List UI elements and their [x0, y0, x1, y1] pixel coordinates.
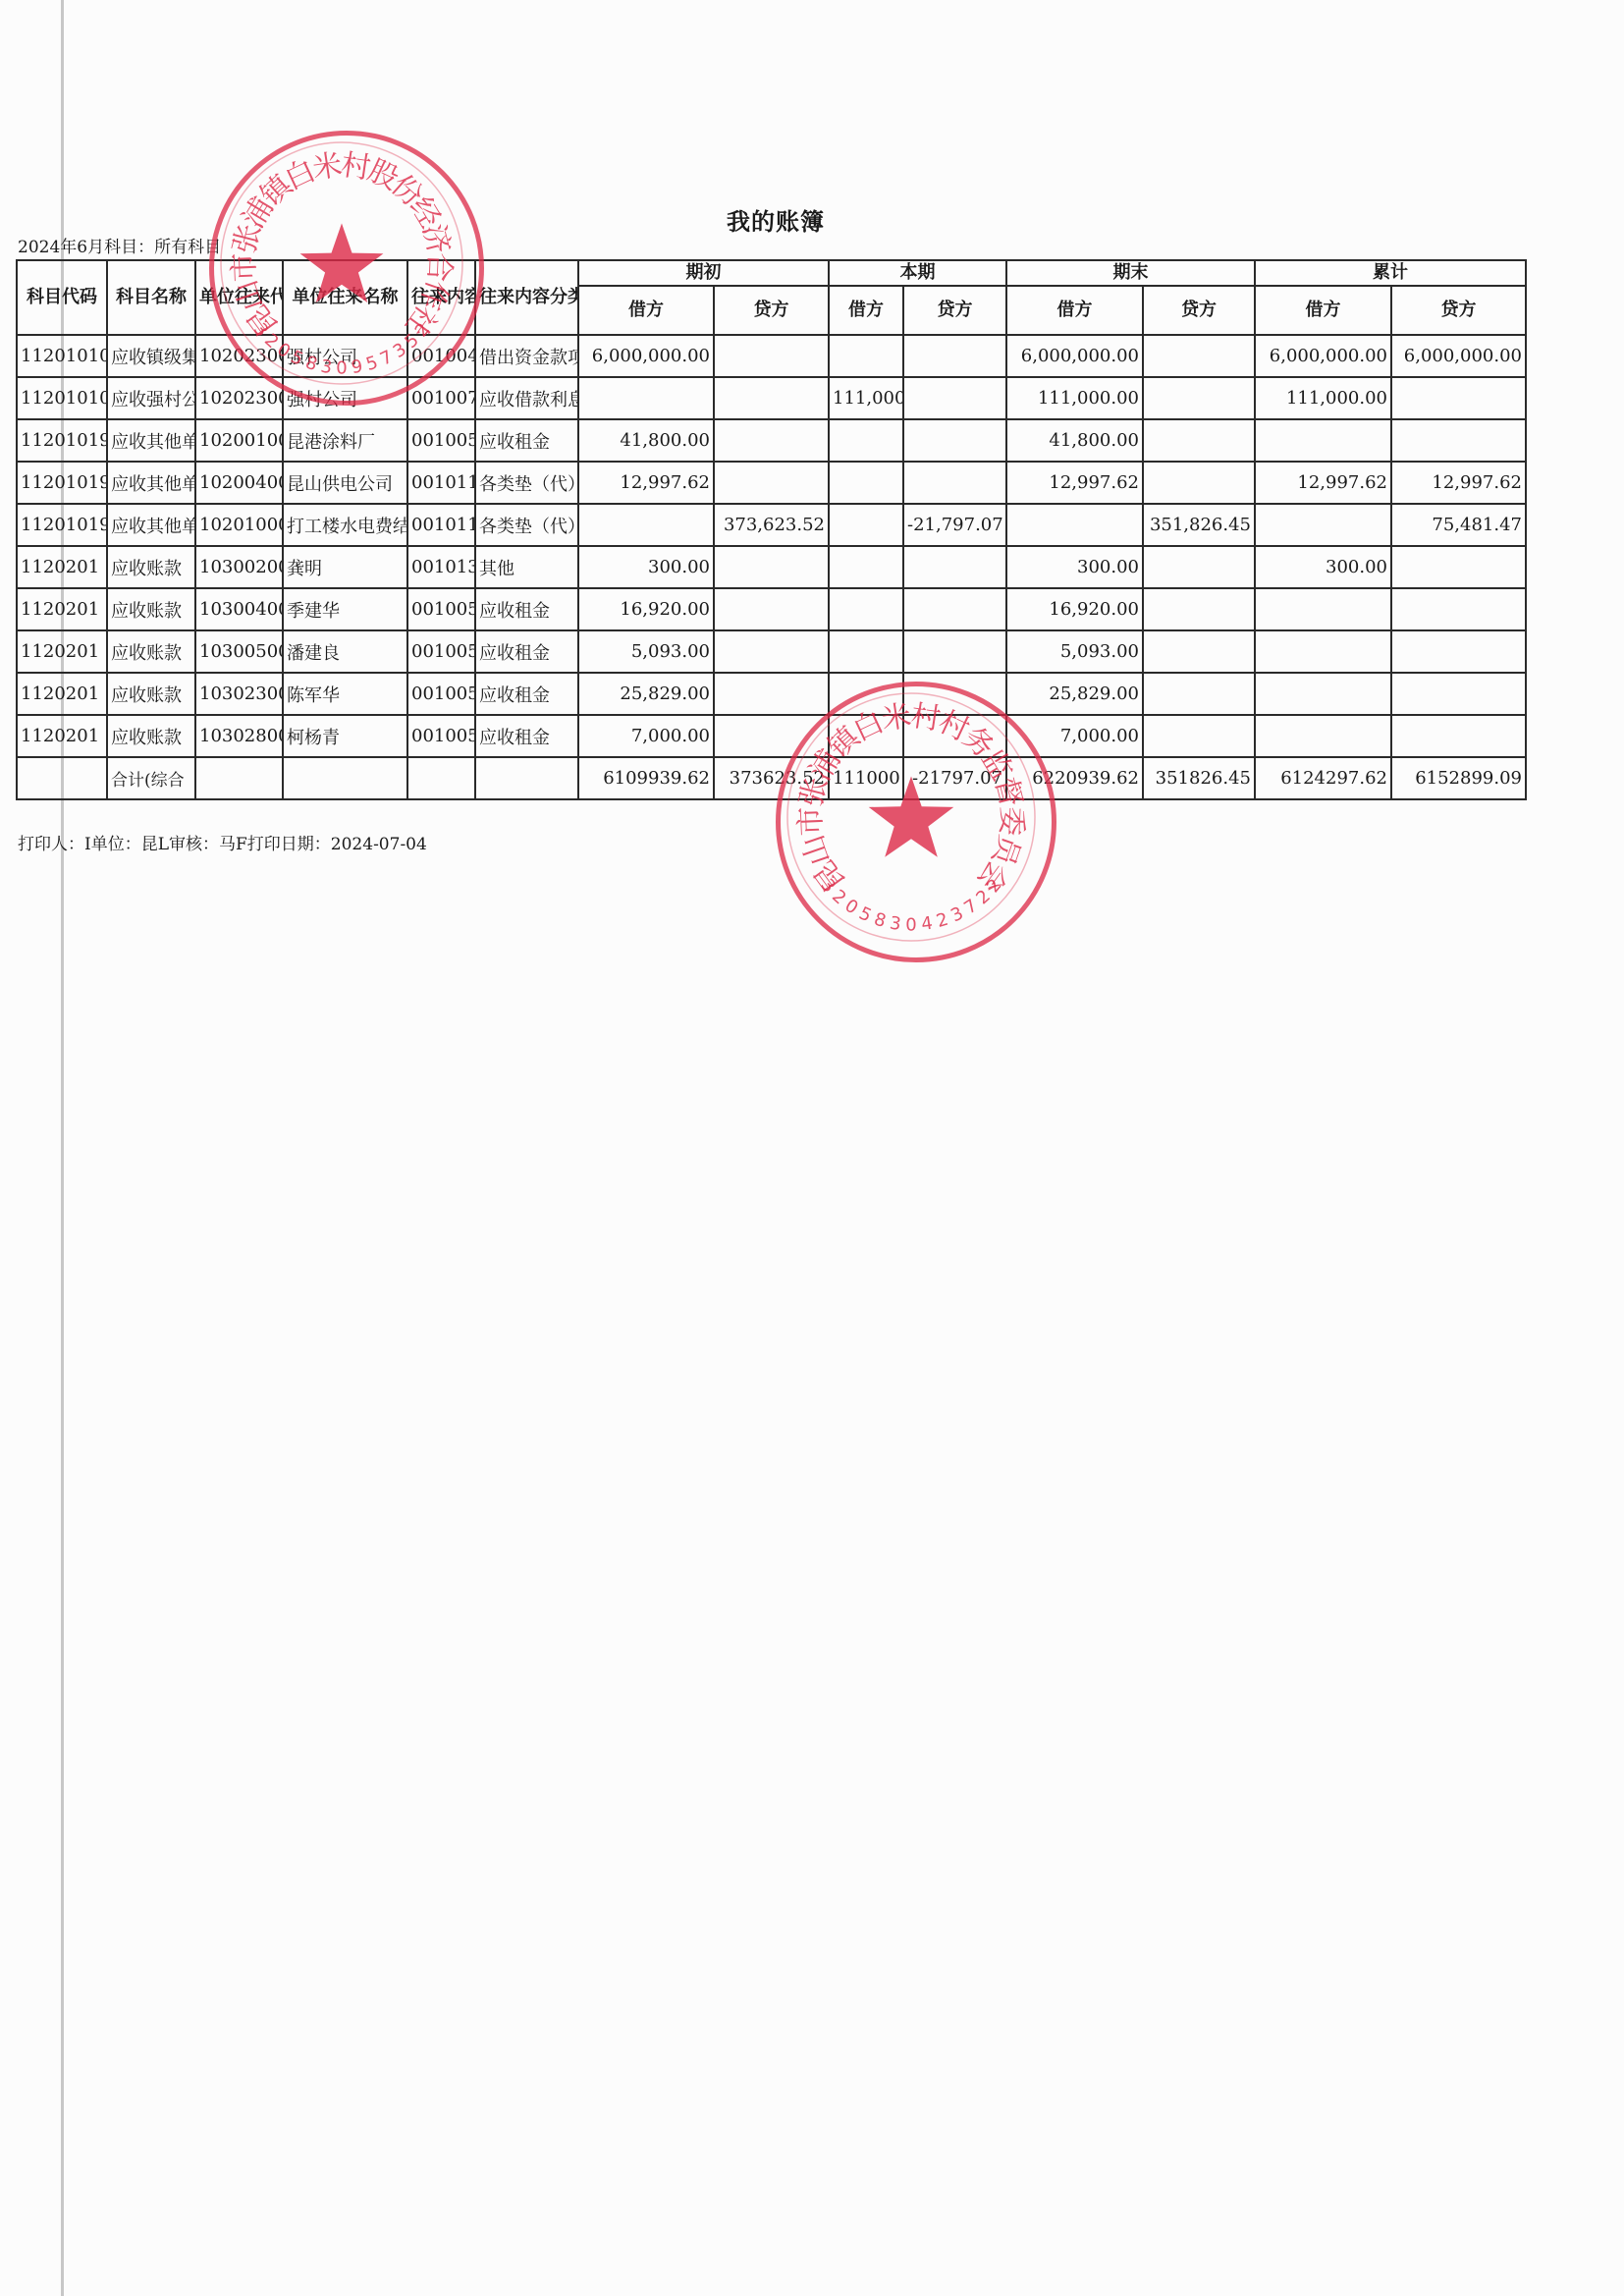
open-debit-cell — [578, 504, 714, 546]
open-credit-cell — [714, 462, 829, 504]
content-code-cell: 001005 — [407, 588, 475, 630]
header-credit: 贷方 — [903, 286, 1006, 335]
svg-text:山: 山 — [795, 831, 838, 870]
cur-credit-cell — [903, 546, 1006, 588]
content-code-cell: 001004 — [407, 335, 475, 377]
unit-code-cell: 102023001 — [195, 335, 283, 377]
svg-text:昆: 昆 — [808, 854, 853, 899]
end-credit-cell — [1143, 546, 1255, 588]
svg-text:2: 2 — [972, 886, 995, 908]
cur-credit-cell — [903, 673, 1006, 715]
table-row: 1120201应收账款103023000陈军华001005应收租金25,829.… — [17, 673, 1526, 715]
header-content-name: 往来内容分类名称 — [475, 260, 578, 335]
header-group-current: 本期 — [829, 260, 1006, 286]
total-cur-credit: -21797.07 — [903, 757, 1006, 799]
end-debit-cell: 41,800.00 — [1006, 419, 1143, 462]
svg-text:市: 市 — [793, 806, 829, 837]
subject-code-cell: 112010199 — [17, 504, 107, 546]
header-credit: 贷方 — [714, 286, 829, 335]
content-name-cell: 各类垫（代）付款 — [475, 504, 578, 546]
cum-debit-cell — [1255, 630, 1391, 673]
unit-code-cell: 102001000 — [195, 419, 283, 462]
table-row: 112010199应收其他单位102004000昆山供电公司001011各类垫（… — [17, 462, 1526, 504]
subject-name-cell: 应收账款 — [107, 546, 195, 588]
unit-code-cell: 103028000 — [195, 715, 283, 757]
svg-text:5: 5 — [856, 903, 875, 927]
header-group-cumulative: 累计 — [1255, 260, 1526, 286]
open-credit-cell — [714, 419, 829, 462]
subject-name-cell: 应收镇级集体经济组织 — [107, 335, 195, 377]
cur-credit-cell — [903, 462, 1006, 504]
total-cur-debit: 111000 — [829, 757, 903, 799]
empty-cell — [475, 757, 578, 799]
total-open-debit: 6109939.62 — [578, 757, 714, 799]
cur-debit-cell — [829, 715, 903, 757]
cum-credit-cell — [1391, 630, 1526, 673]
unit-code-cell: 103004000 — [195, 588, 283, 630]
end-debit-cell: 6,000,000.00 — [1006, 335, 1143, 377]
unit-code-cell: 103023000 — [195, 673, 283, 715]
header-subject-name: 科目名称 — [107, 260, 195, 335]
svg-text:2: 2 — [934, 909, 950, 932]
table-row: 112010104应收强村公司102023001强村公司001007应收借款利息… — [17, 377, 1526, 419]
open-debit-cell — [578, 377, 714, 419]
print-footer: 打印人：I单位：昆L审核：马F打印日期：2024-07-04 — [18, 830, 427, 854]
unit-name-cell: 打工楼水电费结算户 — [283, 504, 407, 546]
content-code-cell: 001005 — [407, 630, 475, 673]
total-row: 合计(综合6109939.62373623.52111000-21797.076… — [17, 757, 1526, 799]
cur-debit-cell — [829, 419, 903, 462]
content-name-cell: 应收借款利息 — [475, 377, 578, 419]
content-code-cell: 001011 — [407, 462, 475, 504]
content-name-cell: 应收租金 — [475, 673, 578, 715]
cur-credit-cell — [903, 588, 1006, 630]
unit-name-cell: 柯杨青 — [283, 715, 407, 757]
empty-cell — [195, 757, 283, 799]
subject-code-cell: 1120201 — [17, 546, 107, 588]
header-debit: 借方 — [1006, 286, 1143, 335]
unit-name-cell: 强村公司 — [283, 335, 407, 377]
svg-text:0: 0 — [905, 915, 916, 936]
content-code-cell: 001013 — [407, 546, 475, 588]
cum-debit-cell: 6,000,000.00 — [1255, 335, 1391, 377]
end-credit-cell — [1143, 673, 1255, 715]
subject-code-cell: 1120201 — [17, 630, 107, 673]
end-debit-cell: 111,000.00 — [1006, 377, 1143, 419]
svg-text:3: 3 — [889, 913, 902, 935]
end-debit-cell — [1006, 504, 1143, 546]
open-credit-cell — [714, 335, 829, 377]
svg-text:3: 3 — [816, 875, 839, 897]
cur-debit-cell — [829, 630, 903, 673]
end-credit-cell — [1143, 335, 1255, 377]
cur-debit-cell — [829, 335, 903, 377]
end-debit-cell: 300.00 — [1006, 546, 1143, 588]
end-debit-cell: 12,997.62 — [1006, 462, 1143, 504]
subject-code-cell: 1120201 — [17, 588, 107, 630]
table-row: 112010199应收其他单位102010000打工楼水电费结算户001011各… — [17, 504, 1526, 546]
cum-debit-cell — [1255, 588, 1391, 630]
unit-code-cell: 102023001 — [195, 377, 283, 419]
unit-code-cell: 102010000 — [195, 504, 283, 546]
content-code-cell: 001011 — [407, 504, 475, 546]
subject-name-cell: 应收账款 — [107, 715, 195, 757]
total-cum-credit: 6152899.09 — [1391, 757, 1526, 799]
content-name-cell: 借出资金款项 — [475, 335, 578, 377]
end-credit-cell — [1143, 377, 1255, 419]
content-name-cell: 应收租金 — [475, 588, 578, 630]
header-unit-code: 单位往来代码 — [195, 260, 283, 335]
svg-text:米: 米 — [310, 148, 345, 187]
unit-code-cell: 102004000 — [195, 462, 283, 504]
unit-name-cell: 陈军华 — [283, 673, 407, 715]
open-debit-cell: 12,997.62 — [578, 462, 714, 504]
open-debit-cell: 16,920.00 — [578, 588, 714, 630]
subject-name-cell: 应收账款 — [107, 588, 195, 630]
subject-name-cell: 应收账款 — [107, 673, 195, 715]
cur-debit-cell — [829, 673, 903, 715]
cum-debit-cell: 300.00 — [1255, 546, 1391, 588]
subject-name-cell: 应收其他单位 — [107, 462, 195, 504]
cur-credit-cell — [903, 335, 1006, 377]
cum-credit-cell — [1391, 588, 1526, 630]
svg-text:2: 2 — [983, 875, 1005, 897]
open-credit-cell — [714, 588, 829, 630]
content-code-cell: 001005 — [407, 673, 475, 715]
unit-name-cell: 昆山供电公司 — [283, 462, 407, 504]
cum-credit-cell: 12,997.62 — [1391, 462, 1526, 504]
open-credit-cell — [714, 377, 829, 419]
cum-debit-cell: 12,997.62 — [1255, 462, 1391, 504]
open-debit-cell: 41,800.00 — [578, 419, 714, 462]
svg-text:8: 8 — [872, 909, 889, 932]
empty-cell — [283, 757, 407, 799]
header-debit: 借方 — [578, 286, 714, 335]
end-debit-cell: 7,000.00 — [1006, 715, 1143, 757]
end-debit-cell: 16,920.00 — [1006, 588, 1143, 630]
unit-name-cell: 季建华 — [283, 588, 407, 630]
cum-debit-cell — [1255, 419, 1391, 462]
open-credit-cell: 373,623.52 — [714, 504, 829, 546]
end-debit-cell: 5,093.00 — [1006, 630, 1143, 673]
cur-credit-cell: -21,797.07 — [903, 504, 1006, 546]
cum-credit-cell — [1391, 715, 1526, 757]
open-credit-cell — [714, 630, 829, 673]
table-row: 112010103应收镇级集体经济组织102023001强村公司001004借出… — [17, 335, 1526, 377]
unit-name-cell: 强村公司 — [283, 377, 407, 419]
svg-text:股: 股 — [362, 153, 404, 196]
cum-debit-cell — [1255, 715, 1391, 757]
svg-text:0: 0 — [841, 896, 862, 919]
subject-name-cell: 应收强村公司 — [107, 377, 195, 419]
svg-text:白: 白 — [280, 153, 321, 196]
cur-debit-cell — [829, 504, 903, 546]
cum-credit-cell: 6,000,000.00 — [1391, 335, 1526, 377]
cur-credit-cell — [903, 630, 1006, 673]
header-debit: 借方 — [829, 286, 903, 335]
unit-name-cell: 昆港涂料厂 — [283, 419, 407, 462]
content-code-cell: 001005 — [407, 715, 475, 757]
total-cum-debit: 6124297.62 — [1255, 757, 1391, 799]
unit-name-cell: 龚明 — [283, 546, 407, 588]
cum-debit-cell — [1255, 673, 1391, 715]
total-label: 合计(综合 — [107, 757, 195, 799]
unit-code-cell: 103002001 — [195, 546, 283, 588]
header-credit: 贷方 — [1391, 286, 1526, 335]
end-credit-cell: 351,826.45 — [1143, 504, 1255, 546]
svg-text:3: 3 — [947, 903, 966, 927]
cur-credit-cell — [903, 377, 1006, 419]
page-title: 我的账簿 — [0, 202, 1551, 237]
open-credit-cell — [714, 546, 829, 588]
content-name-cell: 各类垫（代）付款 — [475, 462, 578, 504]
header-credit: 贷方 — [1143, 286, 1255, 335]
subject-code-cell: 1120201 — [17, 673, 107, 715]
subject-code-cell: 112010103 — [17, 335, 107, 377]
cum-credit-cell — [1391, 377, 1526, 419]
cum-credit-cell — [1391, 673, 1526, 715]
empty-cell — [17, 757, 107, 799]
total-end-debit: 6220939.62 — [1006, 757, 1143, 799]
table-row: 1120201应收账款103005000潘建良001005应收租金5,093.0… — [17, 630, 1526, 673]
end-credit-cell — [1143, 630, 1255, 673]
svg-text:2: 2 — [828, 886, 850, 908]
table-row: 112010199应收其他单位102001000昆港涂料厂001005应收租金4… — [17, 419, 1526, 462]
period-subject-label: 2024年6月科目：所有科目 — [18, 233, 221, 257]
subject-code-cell: 112010104 — [17, 377, 107, 419]
open-debit-cell: 300.00 — [578, 546, 714, 588]
cum-debit-cell — [1255, 504, 1391, 546]
subject-code-cell: 112010199 — [17, 419, 107, 462]
header-unit-name: 单位往来名称 — [283, 260, 407, 335]
content-name-cell: 应收租金 — [475, 630, 578, 673]
unit-name-cell: 潘建良 — [283, 630, 407, 673]
subject-name-cell: 应收其他单位 — [107, 419, 195, 462]
content-code-cell: 001005 — [407, 419, 475, 462]
svg-text:村: 村 — [339, 148, 373, 187]
table-row: 1120201应收账款103004000季建华001005应收租金16,920.… — [17, 588, 1526, 630]
end-debit-cell: 25,829.00 — [1006, 673, 1143, 715]
open-credit-cell — [714, 715, 829, 757]
end-credit-cell — [1143, 588, 1255, 630]
content-name-cell: 应收租金 — [475, 419, 578, 462]
open-debit-cell: 25,829.00 — [578, 673, 714, 715]
table-row: 1120201应收账款103002001龚明001013其他300.00300.… — [17, 546, 1526, 588]
cur-debit-cell: 111,000.00 — [829, 377, 903, 419]
svg-text:7: 7 — [960, 896, 981, 919]
table-row: 1120201应收账款103028000柯杨青001005应收租金7,000.0… — [17, 715, 1526, 757]
svg-text:员: 员 — [984, 831, 1027, 872]
empty-cell — [407, 757, 475, 799]
content-code-cell: 001007 — [407, 377, 475, 419]
svg-text:委: 委 — [994, 806, 1029, 837]
cur-credit-cell — [903, 419, 1006, 462]
header-group-opening: 期初 — [578, 260, 829, 286]
end-credit-cell — [1143, 715, 1255, 757]
subject-name-cell: 应收其他单位 — [107, 504, 195, 546]
open-debit-cell: 5,093.00 — [578, 630, 714, 673]
cum-credit-cell — [1391, 419, 1526, 462]
open-debit-cell: 6,000,000.00 — [578, 335, 714, 377]
subject-code-cell: 1120201 — [17, 715, 107, 757]
cur-debit-cell — [829, 588, 903, 630]
content-name-cell: 应收租金 — [475, 715, 578, 757]
total-open-credit: 373623.52 — [714, 757, 829, 799]
cum-credit-cell: 75,481.47 — [1391, 504, 1526, 546]
end-credit-cell — [1143, 462, 1255, 504]
header-content-code: 往来内容分类代码 — [407, 260, 475, 335]
content-name-cell: 其他 — [475, 546, 578, 588]
header-debit: 借方 — [1255, 286, 1391, 335]
open-credit-cell — [714, 673, 829, 715]
svg-text:4: 4 — [920, 913, 934, 935]
cum-debit-cell: 111,000.00 — [1255, 377, 1391, 419]
cur-credit-cell — [903, 715, 1006, 757]
open-debit-cell: 7,000.00 — [578, 715, 714, 757]
cum-credit-cell — [1391, 546, 1526, 588]
total-end-credit: 351826.45 — [1143, 757, 1255, 799]
subject-name-cell: 应收账款 — [107, 630, 195, 673]
header-subject-code: 科目代码 — [17, 260, 107, 335]
svg-text:会: 会 — [970, 854, 1015, 899]
unit-code-cell: 103005000 — [195, 630, 283, 673]
subject-code-cell: 112010199 — [17, 462, 107, 504]
cur-debit-cell — [829, 546, 903, 588]
cur-debit-cell — [829, 462, 903, 504]
ledger-table: 科目代码 科目名称 单位往来代码 单位往来名称 往来内容分类代码 往来内容分类名… — [16, 259, 1527, 800]
header-group-ending: 期末 — [1006, 260, 1255, 286]
end-credit-cell — [1143, 419, 1255, 462]
